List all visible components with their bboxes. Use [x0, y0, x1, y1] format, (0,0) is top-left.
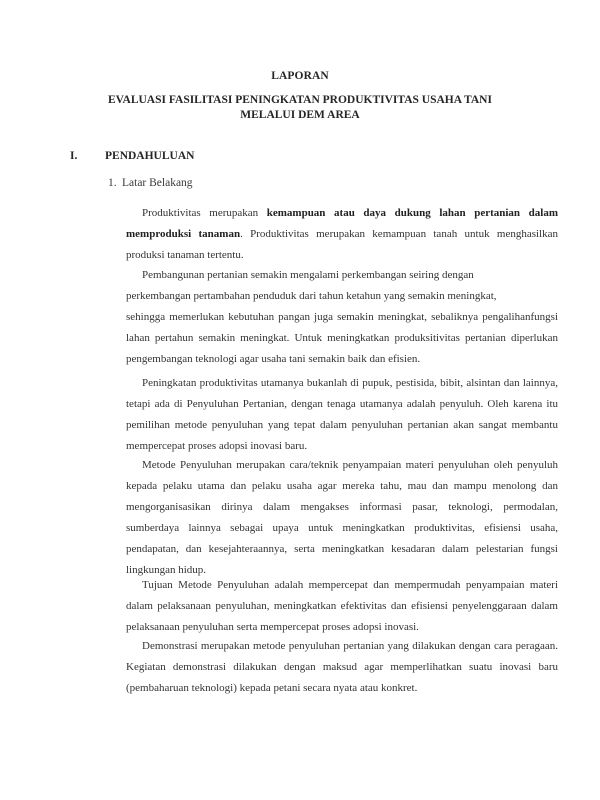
document-page: LAPORAN EVALUASI FASILITASI PENINGKATAN …	[0, 0, 600, 800]
subsection-number: 1.	[108, 177, 117, 189]
paragraph-line: Pembangunan pertanian semakin mengalami …	[142, 269, 474, 281]
document-title: EVALUASI FASILITASI PENINGKATAN PRODUKTI…	[90, 93, 510, 123]
paragraph-text: sehingga memerlukan kebutuhan pangan jug…	[126, 307, 558, 370]
paragraph-extension-method: Metode Penyuluhan merupakan cara/teknik …	[126, 455, 558, 581]
section-title: PENDAHULUAN	[105, 150, 194, 162]
paragraph-productivity-improvement: Peningkatan produktivitas utamanya bukan…	[126, 373, 558, 457]
paragraph-productivity-definition: Produktivitas merupakan kemampuan atau d…	[126, 203, 558, 266]
paragraph-text: Produktivitas merupakan	[142, 207, 267, 219]
paragraph-line: perkembangan pertambahan penduduk dari t…	[126, 286, 497, 307]
paragraph-agricultural-development: Pembangunan pertanian semakin mengalami …	[126, 265, 558, 370]
section-number: I.	[70, 150, 77, 162]
document-label: LAPORAN	[0, 70, 600, 82]
paragraph-extension-method-goal: Tujuan Metode Penyuluhan adalah memperce…	[126, 575, 558, 638]
subsection-title: Latar Belakang	[122, 177, 193, 189]
paragraph-demonstration: Demonstrasi merupakan metode penyuluhan …	[126, 636, 558, 699]
